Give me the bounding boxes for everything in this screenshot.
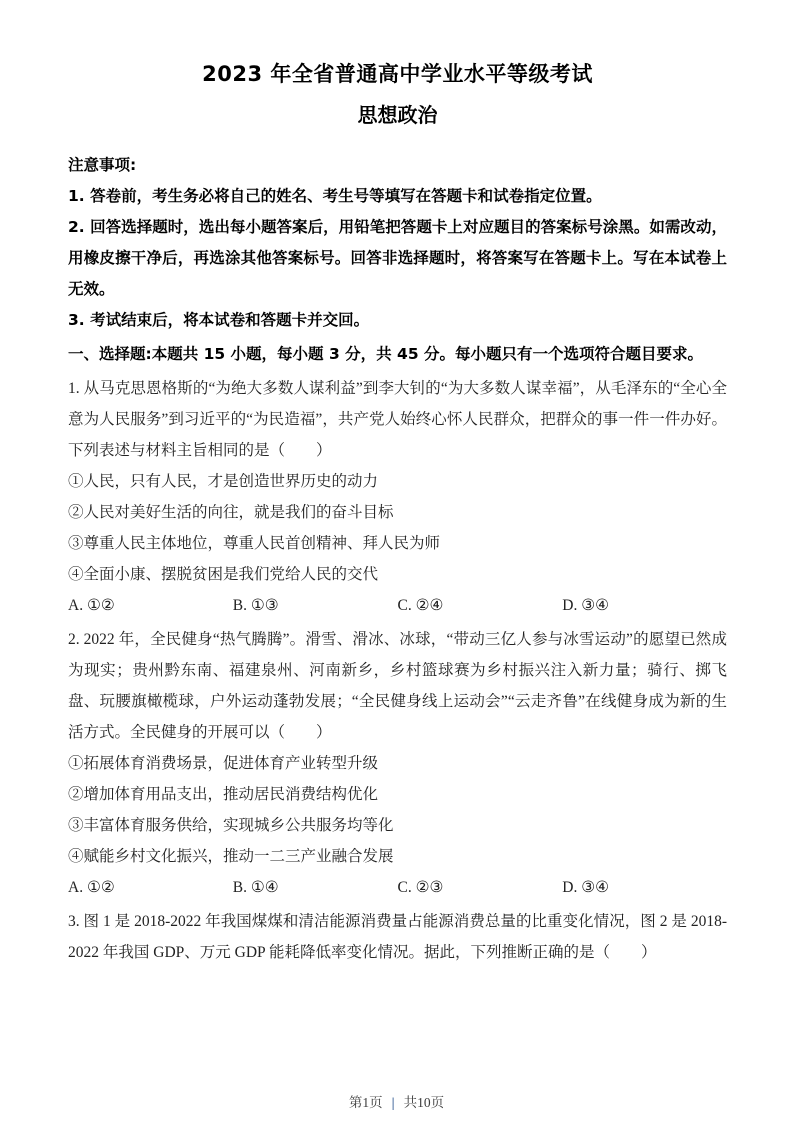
notice-section: 注意事项: 1. 答卷前，考生务必将自己的姓名、考生号等填写在答题卡和试卷指定位…: [68, 150, 727, 336]
notice-item-3: 3. 考试结束后，将本试卷和答题卡并交回。: [68, 305, 727, 336]
question-2-choice-d: D. ③④: [562, 872, 727, 903]
question-1-stem: 1. 从马克思恩格斯的“为绝大多数人谋利益”到李大钊的“为大多数人谋幸福”，从毛…: [68, 373, 727, 466]
question-2-stem: 2. 2022 年，全民健身“热气腾腾”。滑雪、滑冰、冰球，“带动三亿人参与冰雪…: [68, 624, 727, 748]
question-3-stem: 3. 图 1 是 2018-2022 年我国煤煤和清洁能源消费量占能源消费总量的…: [68, 906, 727, 968]
question-1-statement-3: ③尊重人民主体地位，尊重人民首创精神、拜人民为师: [68, 528, 727, 559]
question-2: 2. 2022 年，全民健身“热气腾腾”。滑雪、滑冰、冰球，“带动三亿人参与冰雪…: [68, 624, 727, 903]
question-1-choices: A. ①② B. ①③ C. ②④ D. ③④: [68, 590, 727, 621]
question-2-choice-c: C. ②③: [398, 872, 563, 903]
question-2-choice-a: A. ①②: [68, 872, 233, 903]
question-2-statement-2: ②增加体育用品支出，推动居民消费结构优化: [68, 779, 727, 810]
question-1-choice-c: C. ②④: [398, 590, 563, 621]
question-1-statement-2: ②人民对美好生活的向往，就是我们的奋斗目标: [68, 497, 727, 528]
notice-item-1: 1. 答卷前，考生务必将自己的姓名、考生号等填写在答题卡和试卷指定位置。: [68, 181, 727, 212]
exam-paper-page: { "page": { "title": "2023 年全省普通高中学业水平等级…: [0, 0, 793, 1122]
page-content: 2023 年全省普通高中学业水平等级考试 思想政治 注意事项: 1. 答卷前，考…: [0, 0, 793, 968]
question-1-statement-4: ④全面小康、摆脱贫困是我们党给人民的交代: [68, 559, 727, 590]
question-3: 3. 图 1 是 2018-2022 年我国煤煤和清洁能源消费量占能源消费总量的…: [68, 906, 727, 968]
page-subject: 思想政治: [68, 102, 727, 128]
footer-separator: |: [392, 1095, 395, 1110]
question-1-statement-1: ①人民，只有人民，才是创造世界历史的动力: [68, 466, 727, 497]
question-2-statement-3: ③丰富体育服务供给，实现城乡公共服务均等化: [68, 810, 727, 841]
notice-item-2: 2. 回答选择题时，选出每小题答案后，用铅笔把答题卡上对应题目的答案标号涂黑。如…: [68, 212, 727, 305]
question-2-choices: A. ①② B. ①④ C. ②③ D. ③④: [68, 872, 727, 903]
question-2-choice-b: B. ①④: [233, 872, 398, 903]
question-1-choice-b: B. ①③: [233, 590, 398, 621]
notice-heading: 注意事项:: [68, 150, 727, 181]
page-footer: 第1页|共10页: [0, 1094, 793, 1112]
question-2-statement-4: ④赋能乡村文化振兴，推动一二三产业融合发展: [68, 841, 727, 872]
footer-total-pages: 共10页: [404, 1095, 445, 1110]
question-2-statement-1: ①拓展体育消费场景，促进体育产业转型升级: [68, 748, 727, 779]
page-title: 2023 年全省普通高中学业水平等级考试: [68, 60, 727, 88]
footer-page-number: 第1页: [349, 1095, 383, 1110]
section-heading: 一、选择题:本题共 15 小题，每小题 3 分，共 45 分。每小题只有一个选项…: [68, 339, 727, 370]
question-1: 1. 从马克思恩格斯的“为绝大多数人谋利益”到李大钊的“为大多数人谋幸福”，从毛…: [68, 373, 727, 621]
question-1-choice-a: A. ①②: [68, 590, 233, 621]
question-1-choice-d: D. ③④: [562, 590, 727, 621]
